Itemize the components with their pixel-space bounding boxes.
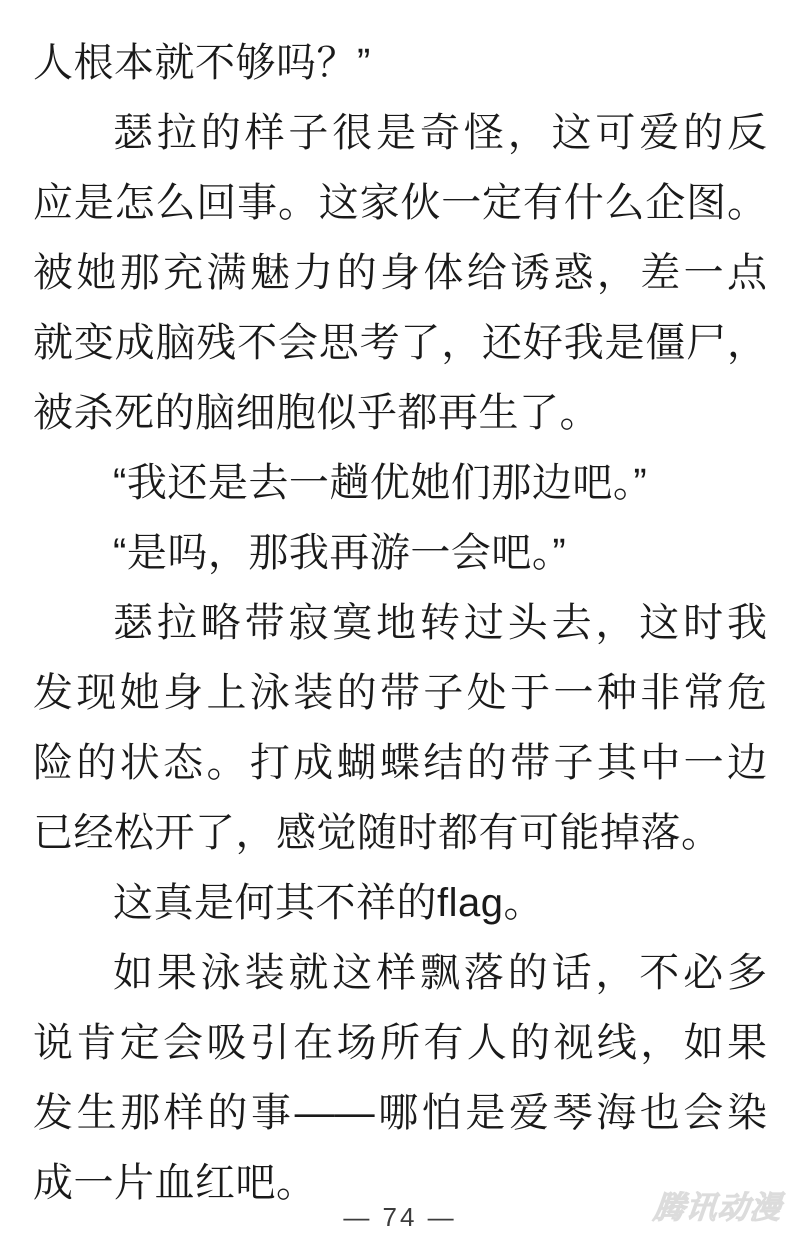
text-line: 发生那样的事——哪怕是爱琴海也会染 xyxy=(33,1078,767,1148)
text-line: 人根本就不够吗？” xyxy=(33,28,767,98)
text-line: 被杀死的脑细胞似乎都再生了。 xyxy=(33,378,767,448)
text-line: “是吗，那我再游一会吧。” xyxy=(33,518,767,588)
novel-reader-page: 人根本就不够吗？”瑟拉的样子很是奇怪，这可爱的反应是怎么回事。这家伙一定有什么企… xyxy=(0,0,800,1245)
text-line: 瑟拉的样子很是奇怪，这可爱的反 xyxy=(33,98,767,168)
text-line: 被她那充满魅力的身体给诱惑，差一点 xyxy=(33,238,767,308)
text-line: 如果泳装就这样飘落的话，不必多 xyxy=(33,938,767,1008)
text-line: 发现她身上泳装的带子处于一种非常危 xyxy=(33,658,767,728)
text-line: 这真是何其不祥的flag。 xyxy=(33,868,767,938)
novel-text-body: 人根本就不够吗？”瑟拉的样子很是奇怪，这可爱的反应是怎么回事。这家伙一定有什么企… xyxy=(33,28,767,1218)
text-line: 已经松开了，感觉随时都有可能掉落。 xyxy=(33,798,767,868)
text-line: 应是怎么回事。这家伙一定有什么企图。 xyxy=(33,168,767,238)
text-line: “我还是去一趟优她们那边吧。” xyxy=(33,448,767,518)
text-line: 瑟拉略带寂寞地转过头去，这时我 xyxy=(33,588,767,658)
text-line: 就变成脑残不会思考了，还好我是僵尸， xyxy=(33,308,767,378)
text-line: 说肯定会吸引在场所有人的视线，如果 xyxy=(33,1008,767,1078)
tencent-comics-watermark: 腾讯动漫 xyxy=(652,1182,785,1227)
text-line: 险的状态。打成蝴蝶结的带子其中一边 xyxy=(33,728,767,798)
